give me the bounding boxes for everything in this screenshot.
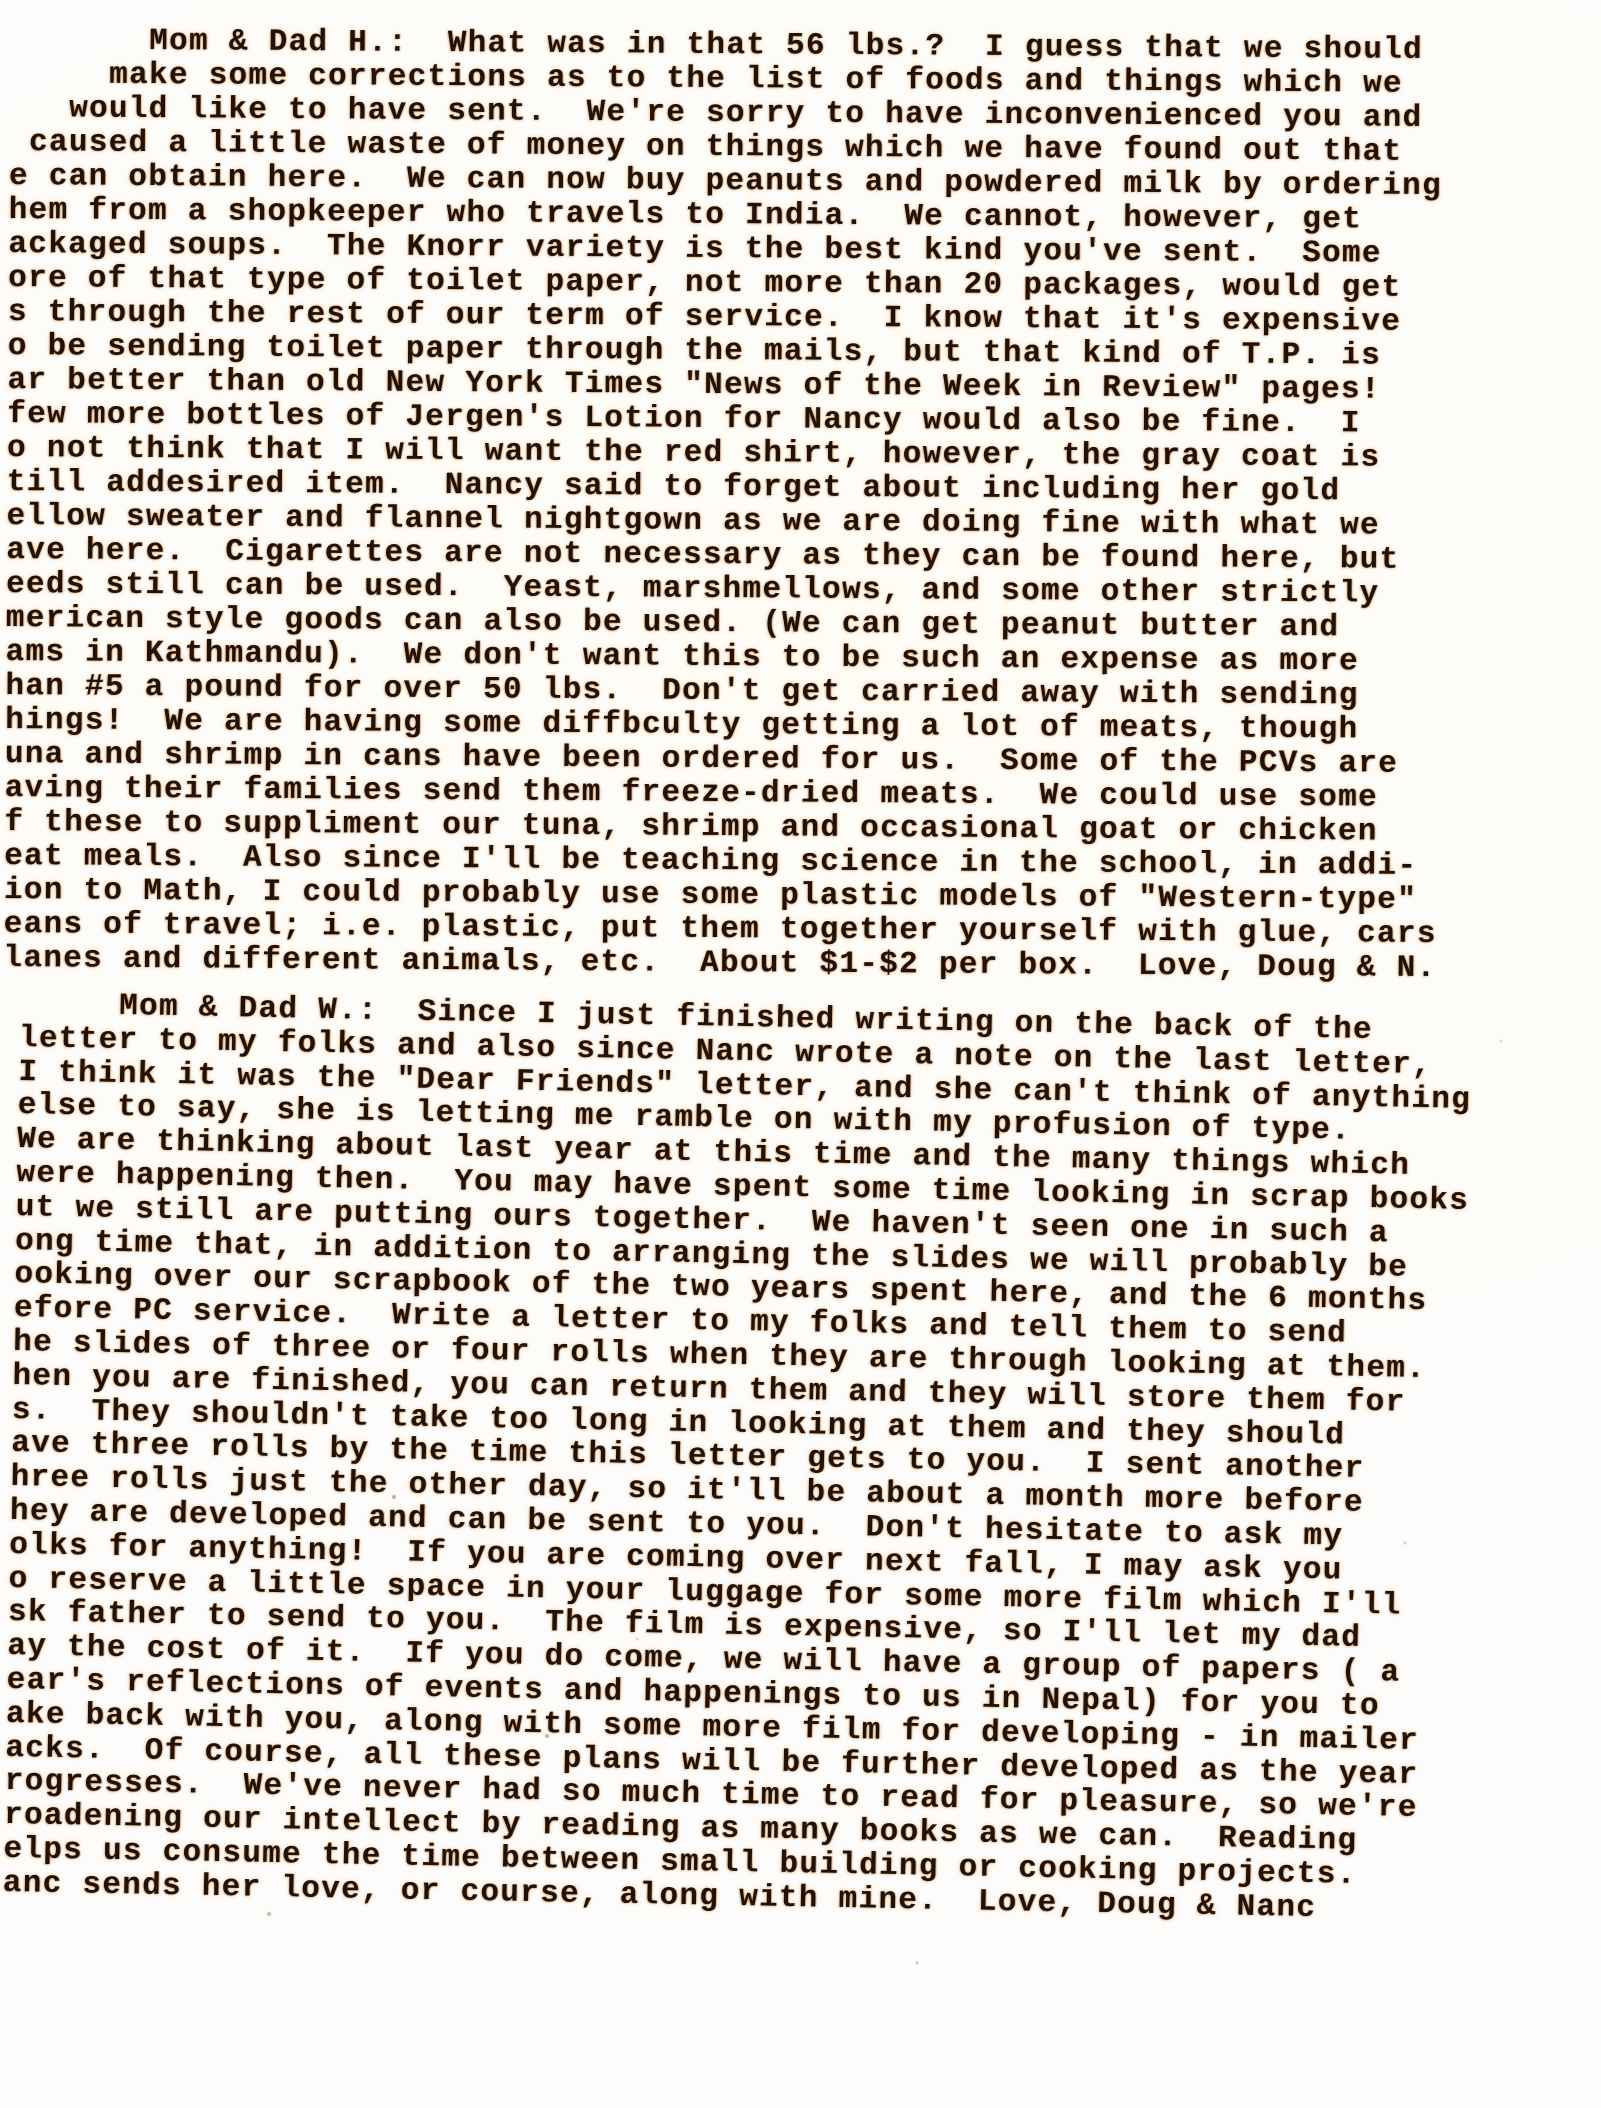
letter-page: Mom & Dad H.: What was in that 56 lbs.? … <box>0 0 1601 2108</box>
letter-line: lanes and different animals, etc. About … <box>3 942 1436 986</box>
paragraph-mom-dad-w: Mom & Dad W.: Since I just finished writ… <box>2 988 1472 1928</box>
scan-dust-specks <box>0 0 2 2</box>
paragraph-mom-dad-h: Mom & Dad H.: What was in that 56 lbs.? … <box>3 24 1443 986</box>
